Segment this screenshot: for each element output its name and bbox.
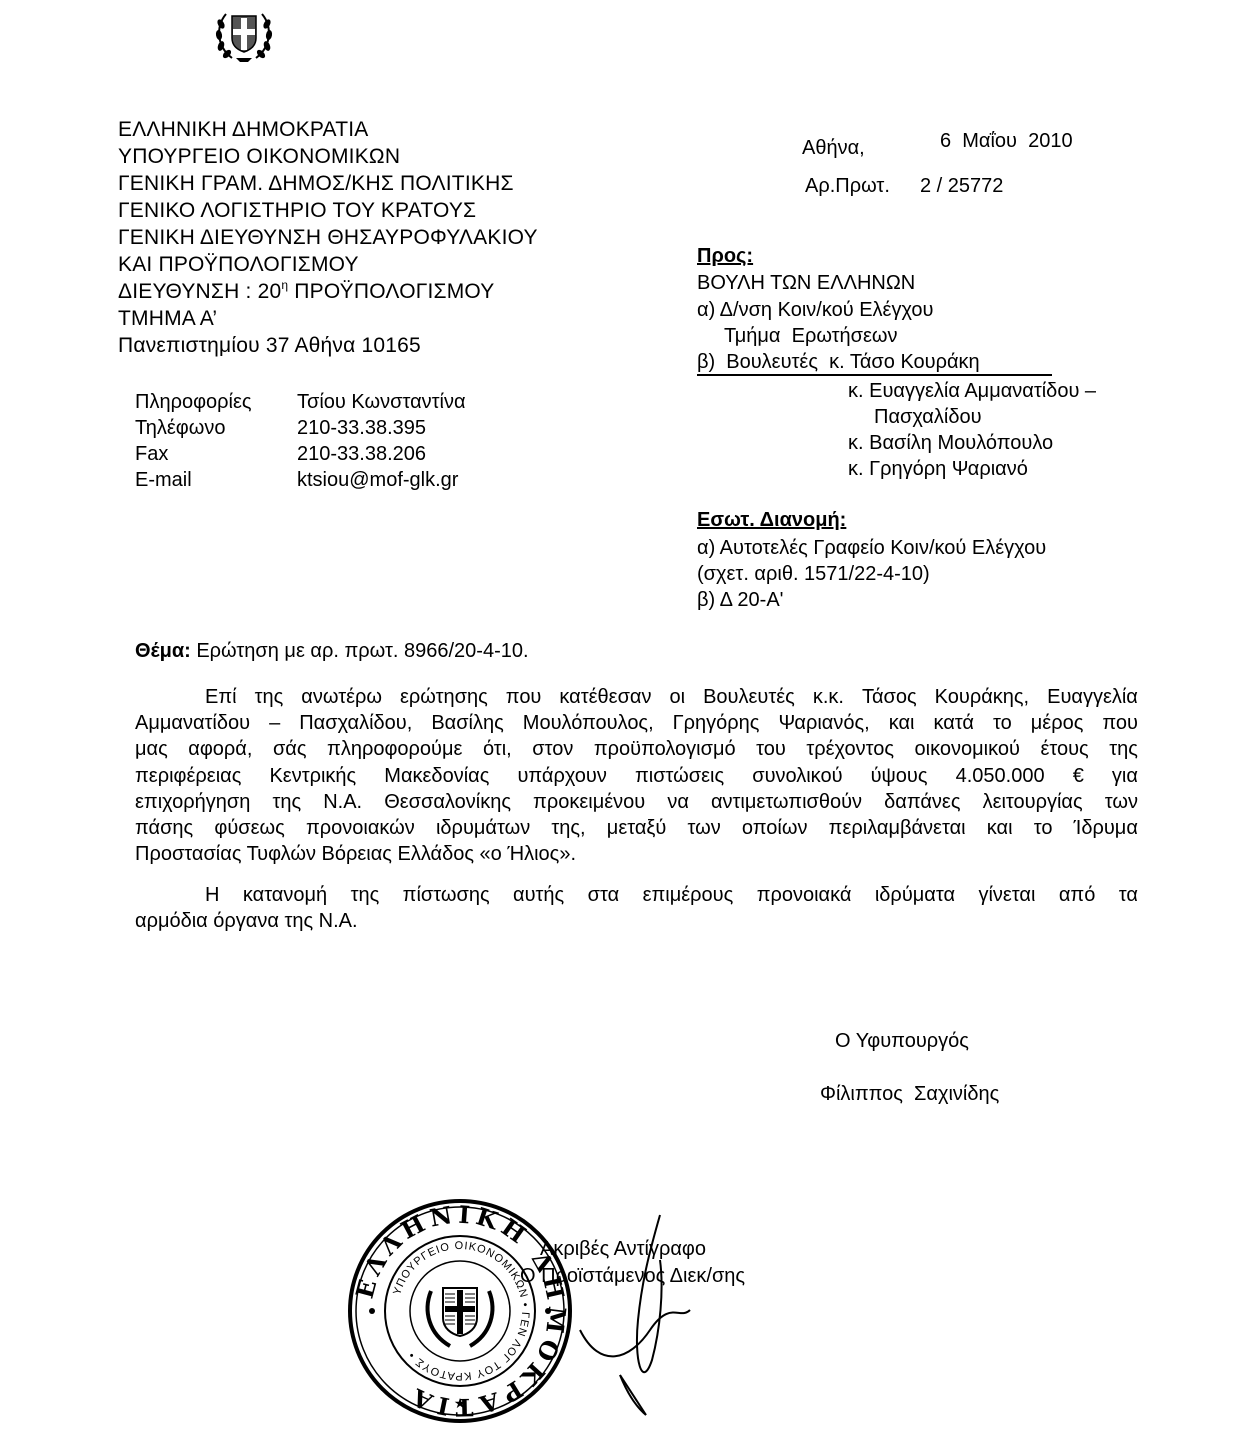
sender-line-department: ΤΜΗΜΑ Α’ bbox=[118, 306, 217, 333]
recipient-mp: κ. Βασίλη Μουλόπουλο bbox=[848, 432, 1053, 455]
directorate-suffix: ΠΡΟΫΠΟΛΟΓΙΣΜΟΥ bbox=[288, 280, 494, 303]
sender-line-accounting-office: ΓΕΝΙΚΟ ΛΟΓΙΣΤΗΡΙΟ ΤΟΥ ΚΡΑΤΟΥΣ bbox=[118, 198, 476, 225]
contact-label: Πληροφορίες bbox=[135, 391, 252, 414]
greek-coat-of-arms-icon bbox=[212, 4, 276, 66]
body-line: Ηκατανομήτηςπίστωσηςαυτήςσταεπιμέρουςπρο… bbox=[205, 884, 1138, 907]
internal-line: (σχετ. αριθ. 1571/22-4-10) bbox=[697, 563, 930, 586]
sender-line-ministry: ΥΠΟΥΡΓΕΙΟ ΟΙΚΟΝΟΜΙΚΩΝ bbox=[118, 144, 400, 171]
sender-line-general-secretariat: ΓΕΝΙΚΗ ΓΡΑΜ. ΔΗΜΟΣ/ΚΗΣ ΠΟΛΙΤΙΚΗΣ bbox=[118, 171, 514, 198]
internal-line: β) Δ 20-Α' bbox=[697, 589, 784, 612]
body-line: Προστασίας Τυφλών Βόρειας Ελλάδος «ο Ήλι… bbox=[135, 843, 576, 866]
recipient-b-underline bbox=[697, 374, 1052, 376]
body-line: ΕπίτηςανωτέρωερώτησηςπουκατέθεσανοιΒουλε… bbox=[205, 686, 1138, 709]
body-line: πάσηςφύσεωςπρονοιακώνιδρυμάτωντης,μεταξύ… bbox=[135, 817, 1138, 840]
protocol-number: 2 / 25772 bbox=[920, 175, 1003, 198]
sender-line-directorate: ΔΙΕΥΘΥΝΣΗ : 20η ΠΡΟΫΠΟΛΟΓΙΣΜΟΥ bbox=[118, 279, 494, 306]
signature-name: Φίλιππος Σαχινίδης bbox=[820, 1083, 999, 1106]
recipient-b-line: β) Βουλευτές κ. Τάσο Κουράκη bbox=[697, 351, 980, 374]
body-line: αρμόδια όργανα της Ν.Α. bbox=[135, 910, 358, 933]
subject-label: Θέμα: bbox=[135, 640, 191, 662]
contact-value: Τσίου Κωνσταντίνα bbox=[297, 391, 466, 414]
subject-line: Θέμα: Ερώτηση με αρ. πρωτ. 8966/20-4-10. bbox=[135, 640, 529, 663]
body-line: μαςαφορά,σάςπληροφορούμεότι,στονπροϋπολο… bbox=[135, 738, 1138, 761]
contact-email-link[interactable]: ktsiou@mof-glk.gr bbox=[297, 469, 458, 492]
svg-text:★: ★ bbox=[454, 1395, 467, 1411]
recipients-heading: Προς: bbox=[697, 245, 753, 268]
contact-value: 210-33.38.395 bbox=[297, 417, 426, 440]
contact-value: 210-33.38.206 bbox=[297, 443, 426, 466]
date: 6 Μαΐου 2010 bbox=[940, 130, 1073, 153]
recipient-mp: κ. Γρηγόρη Ψαριανό bbox=[848, 458, 1028, 481]
sender-line-address: Πανεπιστημίου 37 Αθήνα 10165 bbox=[118, 333, 421, 360]
official-stamp-icon: ΕΛΛΗΝΙΚΗ ΔΗΜΟΚΡΑΤΙΑ ΥΠΟΥΡΓΕΙΟ ΟΙΚΟΝΟΜΙΚΩ… bbox=[345, 1196, 575, 1426]
sender-line-general-directorate: ΓΕΝΙΚΗ ΔΙΕΥΘΥΝΣΗ ΘΗΣΑΥΡΟΦΥΛΑΚΙΟΥ bbox=[118, 225, 538, 252]
place: Αθήνα, bbox=[802, 137, 865, 160]
recipient-org: ΒΟΥΛΗ ΤΩΝ ΕΛΛΗΝΩΝ bbox=[697, 272, 915, 295]
sender-line-republic: ΕΛΛΗΝΙΚΗ ΔΗΜΟΚΡΑΤΙΑ bbox=[118, 117, 368, 144]
directorate-prefix: ΔΙΕΥΘΥΝΣΗ : 20 bbox=[118, 280, 281, 303]
handwritten-signature-icon bbox=[560, 1210, 720, 1420]
recipient-a-line1: α) Δ/νση Κοιν/κού Ελέγχου bbox=[697, 299, 933, 322]
internal-line: α) Αυτοτελές Γραφείο Κοιν/κού Ελέγχου bbox=[697, 537, 1046, 560]
body-line: επιχορήγησητηςΝ.Α.Θεσσαλονίκηςπροκειμένο… bbox=[135, 791, 1138, 814]
signature-title: Ο Υφυπουργός bbox=[835, 1030, 969, 1053]
sender-line-budget: ΚΑΙ ΠΡΟΫΠΟΛΟΓΙΣΜΟΥ bbox=[118, 252, 359, 279]
contact-label: Fax bbox=[135, 443, 168, 466]
protocol-label: Αρ.Πρωτ. bbox=[805, 175, 890, 198]
body-line: Αμμανατίδου–Πασχαλίδου,ΒασίληςΜουλόπουλο… bbox=[135, 712, 1138, 735]
internal-heading: Εσωτ. Διανομή: bbox=[697, 509, 846, 532]
recipient-mp: κ. Ευαγγελία Αμμανατίδου – bbox=[848, 380, 1096, 403]
recipient-mp: Πασχαλίδου bbox=[874, 406, 982, 429]
contact-label: E-mail bbox=[135, 469, 192, 492]
body-line: περιφέρειαςΚεντρικήςΜακεδονίαςυπάρχουνπι… bbox=[135, 765, 1138, 788]
recipient-a-line2: Τμήμα Ερωτήσεων bbox=[724, 325, 898, 348]
contact-label: Τηλέφωνο bbox=[135, 417, 226, 440]
subject-text: Ερώτηση με αρ. πρωτ. 8966/20-4-10. bbox=[191, 640, 529, 662]
